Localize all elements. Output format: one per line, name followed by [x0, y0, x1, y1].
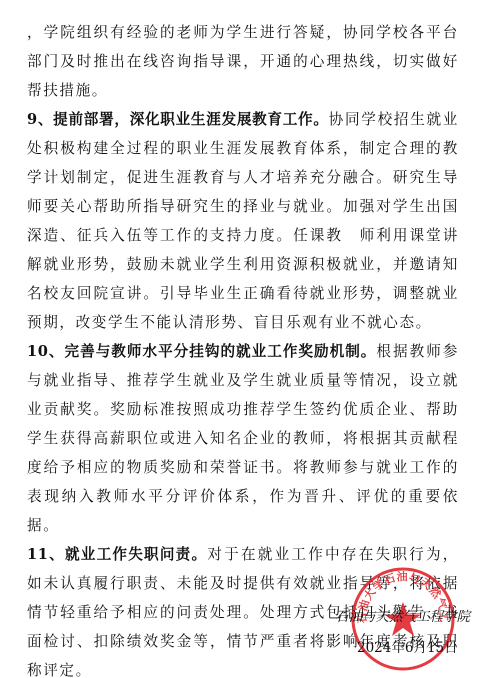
paragraph-text: ，学院组织有经验的老师为学生进行答疑，协同学校各平台部门及时推出在线咨询指导课，…	[27, 24, 459, 99]
paragraph-intro-continuation: ，学院组织有经验的老师为学生进行答疑，协同学校各平台部门及时推出在线咨询指导课，…	[27, 18, 459, 105]
paragraph-lead: 11、就业工作失职问责。	[27, 546, 207, 563]
paragraph-item-9: 9、提前部署，深化职业生涯发展教育工作。协同学校招生就业处积极构建全过程的职业生…	[27, 105, 459, 337]
signature-organization: 石油与天然气工程学院	[335, 605, 460, 625]
paragraph-lead: 10、完善与教师水平分挂钩的就业工作奖励机制。	[27, 343, 376, 360]
signature-date: 2024年6月15日	[357, 636, 458, 656]
paragraph-text: 协同学校招生就业处积极构建全过程的职业生涯发展教育体系，制定合理的教学计划制定，…	[27, 111, 459, 331]
paragraph-text: 根据教师参与就业指导、推荐学生就业及学生就业质量等情况，设立就业贡献奖。奖励标准…	[27, 343, 459, 534]
paragraph-item-10: 10、完善与教师水平分挂钩的就业工作奖励机制。根据教师参与就业指导、推荐学生就业…	[27, 337, 459, 540]
paragraph-lead: 9、提前部署，深化职业生涯发展教育工作。	[27, 111, 329, 128]
